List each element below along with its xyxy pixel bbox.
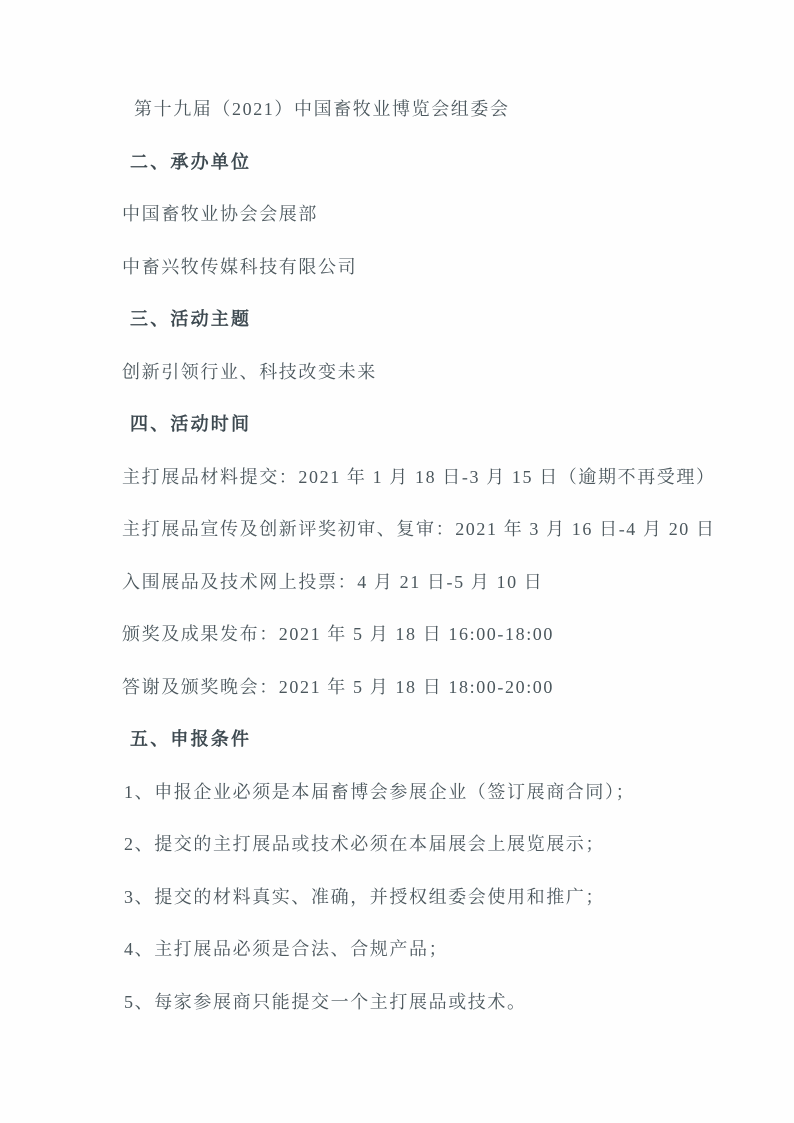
line-requirement-2: 2、提交的主打展品或技术必须在本届展会上展览展示； (124, 835, 722, 855)
line-requirement-3: 3、提交的材料真实、准确，并授权组委会使用和推广； (124, 888, 722, 908)
document-content: 第十九届（2021）中国畜牧业博览会组委会 二、承办单位 中国畜牧业协会会展部 … (122, 100, 722, 1045)
intro-line: 第十九届（2021）中国畜牧业博览会组委会 (134, 100, 722, 120)
line-requirement-4: 4、主打展品必须是合法、合规产品； (124, 940, 722, 960)
line-schedule-5: 答谢及颁奖晚会：2021 年 5 月 18 日 18:00-20:00 (122, 678, 722, 698)
heading-schedule: 四、活动时间 (130, 415, 722, 435)
line-requirement-1: 1、申报企业必须是本届畜博会参展企业（签订展商合同）； (124, 783, 722, 803)
line-requirement-5: 5、每家参展商只能提交一个主打展品或技术。 (124, 993, 722, 1013)
line-schedule-4: 颁奖及成果发布：2021 年 5 月 18 日 16:00-18:00 (122, 625, 722, 645)
heading-requirements: 五、申报条件 (130, 730, 722, 750)
line-schedule-2: 主打展品宣传及创新评奖初审、复审：2021 年 3 月 16 日-4 月 20 … (122, 520, 722, 540)
line-schedule-1: 主打展品材料提交：2021 年 1 月 18 日-3 月 15 日（逾期不再受理… (122, 468, 722, 488)
line-organizer-2: 中畜兴牧传媒科技有限公司 (122, 258, 722, 278)
heading-organizer: 二、承办单位 (130, 153, 722, 173)
scanned-document-page: 第十九届（2021）中国畜牧业博览会组委会 二、承办单位 中国畜牧业协会会展部 … (0, 0, 794, 1123)
line-organizer-1: 中国畜牧业协会会展部 (122, 205, 722, 225)
heading-theme: 三、活动主题 (130, 310, 722, 330)
line-theme: 创新引领行业、科技改变未来 (122, 363, 722, 383)
line-schedule-3: 入围展品及技术网上投票：4 月 21 日-5 月 10 日 (122, 573, 722, 593)
